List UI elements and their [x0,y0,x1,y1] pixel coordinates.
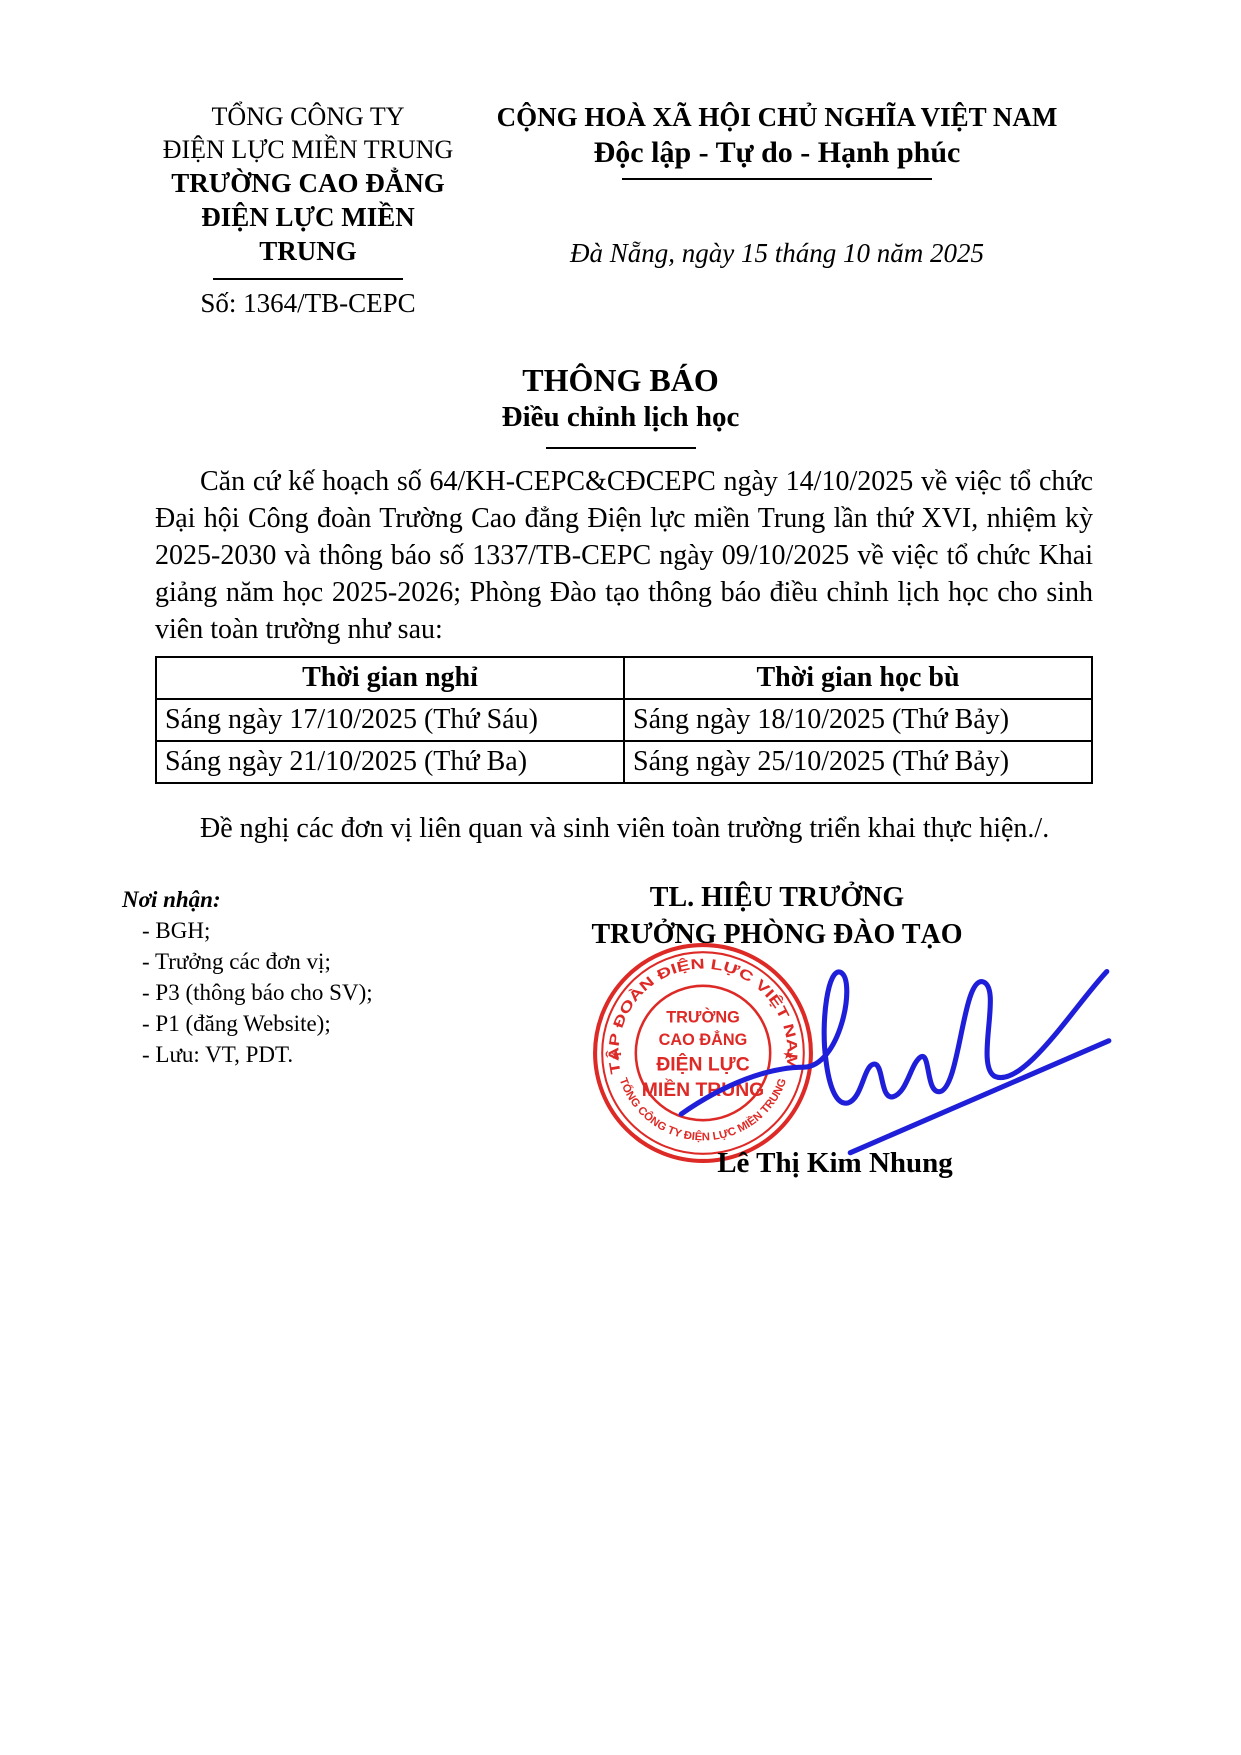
national-motto: Độc lập - Tự do - Hạnh phúc [461,134,1093,172]
document-page: TỔNG CÔNG TY ĐIỆN LỰC MIỀN TRUNG TRƯỜNG … [0,0,1241,1755]
document-subtitle: Điều chỉnh lịch học [0,399,1241,435]
document-header: TỔNG CÔNG TY ĐIỆN LỰC MIỀN TRUNG TRƯỜNG … [0,0,1241,319]
issuing-org-block: TỔNG CÔNG TY ĐIỆN LỰC MIỀN TRUNG TRƯỜNG … [155,100,461,319]
recipients-block: Nơi nhận: - BGH; - Trưởng các đơn vị; - … [122,885,373,1070]
recipient-item: - P1 (đăng Website); [142,1008,373,1039]
schedule-table: Thời gian nghỉ Thời gian học bù Sáng ngà… [155,656,1093,784]
org-parent-line1: TỔNG CÔNG TY [155,100,461,133]
org-parent-line2: ĐIỆN LỰC MIỀN TRUNG [155,133,461,166]
signature-block: TL. HIỆU TRƯỞNG TRƯỞNG PHÒNG ĐÀO TẠO [577,879,1093,1279]
document-footer: Nơi nhận: - BGH; - Trưởng các đơn vị; - … [0,879,1241,1279]
handwritten-signature [669,941,1117,1169]
table-header-row: Thời gian nghỉ Thời gian học bù [156,657,1092,699]
title-divider [546,447,696,449]
document-title: THÔNG BÁO [0,361,1241,399]
closing-paragraph: Đề nghị các đơn vị liên quan và sinh viê… [155,810,1093,847]
org-name-line1: TRƯỜNG CAO ĐẲNG [155,166,461,200]
cell-time-off-2: Sáng ngày 21/10/2025 (Thứ Ba) [156,741,624,783]
national-title: CỘNG HOÀ XÃ HỘI CHỦ NGHĨA VIỆT NAM [461,100,1093,134]
recipient-item: - Lưu: VT, PDT. [142,1039,373,1070]
signature-ink-icon [669,941,1117,1169]
national-motto-block: CỘNG HOÀ XÃ HỘI CHỦ NGHĨA VIỆT NAM Độc l… [461,100,1093,319]
org-divider [213,278,403,280]
column-header-makeup-time: Thời gian học bù [624,657,1092,699]
document-number: Số: 1364/TB-CEPC [155,288,461,319]
cell-makeup-2: Sáng ngày 25/10/2025 (Thứ Bảy) [624,741,1092,783]
cell-makeup-1: Sáng ngày 18/10/2025 (Thứ Bảy) [624,699,1092,741]
recipients-label: Nơi nhận: [122,885,373,915]
org-name-line2: ĐIỆN LỰC MIỀN TRUNG [155,200,461,268]
cell-time-off-1: Sáng ngày 17/10/2025 (Thứ Sáu) [156,699,624,741]
motto-divider [622,178,932,180]
signing-authority: TL. HIỆU TRƯỞNG [577,879,977,916]
table-row: Sáng ngày 17/10/2025 (Thứ Sáu) Sáng ngày… [156,699,1092,741]
recipient-item: - Trưởng các đơn vị; [142,946,373,977]
recipient-item: - P3 (thông báo cho SV); [142,977,373,1008]
title-block: THÔNG BÁO Điều chỉnh lịch học [0,361,1241,449]
recipient-item: - BGH; [142,915,373,946]
signer-name: Lê Thị Kim Nhung [577,1147,1093,1180]
column-header-time-off: Thời gian nghỉ [156,657,624,699]
table-row: Sáng ngày 21/10/2025 (Thứ Ba) Sáng ngày … [156,741,1092,783]
stamp-star-left-icon: ★ [610,1047,622,1062]
body-paragraph: Căn cứ kế hoạch số 64/KH-CEPC&CĐCEPC ngà… [155,463,1093,648]
place-date-line: Đà Nẵng, ngày 15 tháng 10 năm 2025 [461,238,1093,269]
